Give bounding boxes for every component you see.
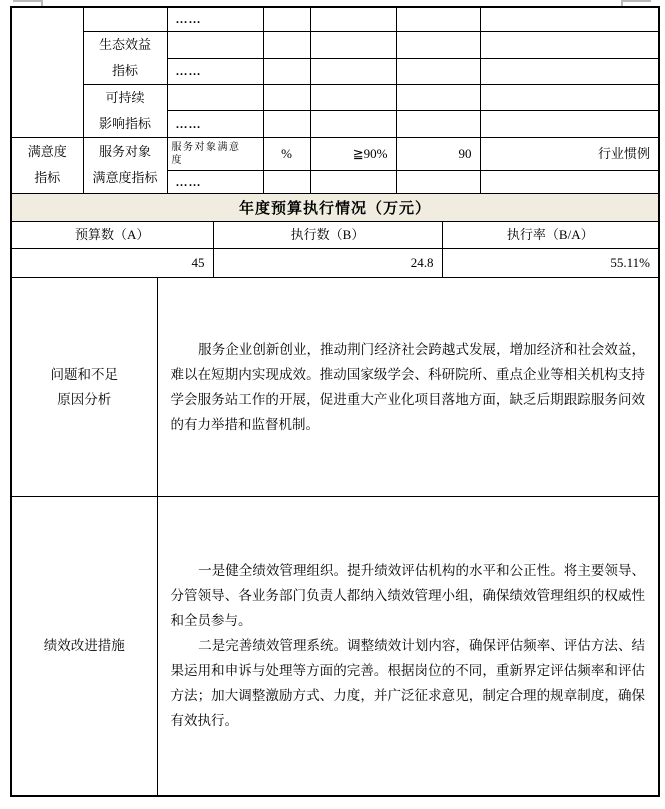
indicator-cell-empty xyxy=(167,31,263,58)
group-label-service-target-satisfaction: 服务对象 满意度指标 xyxy=(83,137,167,193)
indicator-ellipsis-cell: …… xyxy=(167,8,263,31)
value-cell-empty xyxy=(396,110,480,137)
indicator-ellipsis-cell: …… xyxy=(167,110,263,137)
section-title: 年度预算执行情况（万元） xyxy=(239,197,431,218)
unit-cell-empty xyxy=(263,31,310,58)
category-label-satisfaction: 满意度 指标 xyxy=(12,137,83,193)
group-blank-cell xyxy=(83,8,167,31)
indicator-cell-empty xyxy=(167,84,263,110)
table-row: 生态效益 指标 xyxy=(12,31,658,58)
table-row: 满意度 指标 服务对象 满意度指标 服务对象满意 度 % ≧90% 90 行业惯… xyxy=(12,137,658,170)
remark-cell: 行业惯例 xyxy=(480,137,658,170)
performance-table: …… 生态效益 指标 …… 可持续 影响指标 xyxy=(10,6,660,797)
target-cell-empty xyxy=(310,110,396,137)
executed-amount-b: 24.8 xyxy=(213,249,442,278)
unit-cell-empty xyxy=(263,8,310,31)
category-blank-cell xyxy=(12,8,83,137)
value-cell-empty xyxy=(396,170,480,193)
target-cell-empty xyxy=(310,8,396,31)
unit-cell-empty xyxy=(263,170,310,193)
indicator-table: …… 生态效益 指标 …… 可持续 影响指标 xyxy=(12,8,658,194)
actual-value-cell: 90 xyxy=(396,137,480,170)
target-cell-empty xyxy=(310,58,396,84)
value-cell-empty xyxy=(396,8,480,31)
document-page: { "colors": { "section_header_bg": "#f0e… xyxy=(0,0,665,809)
measures-row: 绩效改进措施 一是健全绩效管理组织。提升绩效评估机构的水平和公正性。将主要领导、… xyxy=(12,496,658,795)
target-cell-empty xyxy=(310,84,396,110)
value-cell-empty xyxy=(396,31,480,58)
budget-header-row: 预算数（A） 执行数（B） 执行率（B/A） xyxy=(12,222,658,249)
value-cell-empty xyxy=(396,58,480,84)
remark-cell-empty xyxy=(480,58,658,84)
problems-row: 问题和不足 原因分析 服务企业创新创业，推动荆门经济社会跨越式发展，增加经济和社… xyxy=(12,278,658,496)
unit-cell-empty xyxy=(263,58,310,84)
target-value-cell: ≧90% xyxy=(310,137,396,170)
problems-content-cell: 服务企业创新创业，推动荆门经济社会跨越式发展，增加经济和社会效益，难以在短期内实… xyxy=(157,278,658,496)
measures-paragraph-1: 一是健全绩效管理组织。提升绩效评估机构的水平和公正性。将主要领导、分管领导、各业… xyxy=(171,558,646,633)
unit-cell-empty xyxy=(263,110,310,137)
unit-cell-empty xyxy=(263,84,310,110)
budget-col-header-b: 执行数（B） xyxy=(213,222,442,249)
measures-label: 绩效改进措施 xyxy=(12,496,157,795)
measures-paragraph-2: 二是完善绩效管理系统。调整绩效计划内容，确保评估频率、评估方法、结果运用和申诉与… xyxy=(171,633,646,733)
problems-paragraph: 服务企业创新创业，推动荆门经济社会跨越式发展，增加经济和社会效益，难以在短期内实… xyxy=(171,337,646,437)
value-cell-empty xyxy=(396,84,480,110)
problems-label: 问题和不足 原因分析 xyxy=(12,278,157,496)
budget-col-header-rate: 执行率（B/A） xyxy=(442,222,658,249)
budget-col-header-a: 预算数（A） xyxy=(12,222,213,249)
unit-cell: % xyxy=(263,137,310,170)
budget-table: 预算数（A） 执行数（B） 执行率（B/A） 45 24.8 55.11% xyxy=(12,222,658,279)
budget-value-row: 45 24.8 55.11% xyxy=(12,249,658,278)
group-label-sustainable-impact: 可持续 影响指标 xyxy=(83,84,167,137)
target-cell-empty xyxy=(310,170,396,193)
measures-content-cell: 一是健全绩效管理组织。提升绩效评估机构的水平和公正性。将主要领导、分管领导、各业… xyxy=(157,496,658,795)
indicator-name-cell: 服务对象满意 度 xyxy=(167,137,263,170)
indicator-ellipsis-cell: …… xyxy=(167,170,263,193)
target-cell-empty xyxy=(310,31,396,58)
indicator-ellipsis-cell: …… xyxy=(167,58,263,84)
remark-cell-empty xyxy=(480,31,658,58)
budget-execution-section-header: 年度预算执行情况（万元） xyxy=(12,194,658,222)
execution-rate: 55.11% xyxy=(442,249,658,278)
budget-amount-a: 45 xyxy=(12,249,213,278)
table-row: …… xyxy=(12,8,658,31)
group-label-eco-benefit: 生态效益 指标 xyxy=(83,31,167,84)
remark-cell-empty xyxy=(480,170,658,193)
table-row: 可持续 影响指标 xyxy=(12,84,658,110)
remark-cell-empty xyxy=(480,110,658,137)
remark-cell-empty xyxy=(480,8,658,31)
analysis-table: 问题和不足 原因分析 服务企业创新创业，推动荆门经济社会跨越式发展，增加经济和社… xyxy=(12,278,658,795)
remark-cell-empty xyxy=(480,84,658,110)
